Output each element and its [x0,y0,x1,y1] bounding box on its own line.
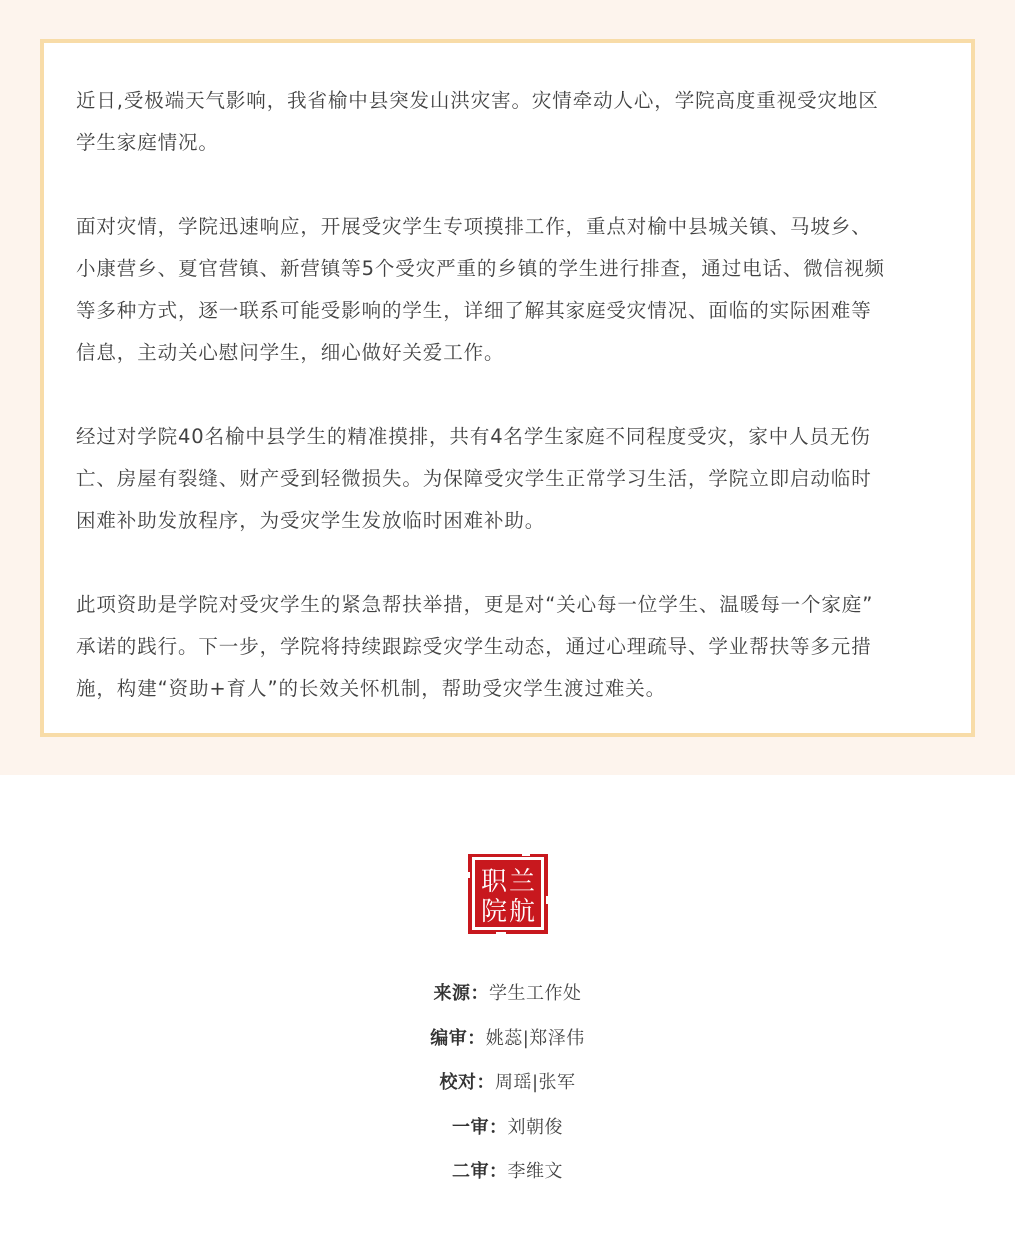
paragraph-line: 经过对学院40名榆中县学生的精准摸排，共有4名学生家庭不同程度受灾，家中人员无伤 [76,416,939,458]
credit-label: 来源： [434,983,490,1004]
paragraph-line: 等多种方式，逐一联系可能受影响的学生，详细了解其家庭受灾情况、面临的实际困难等 [76,290,939,332]
credit-value: 学生工作处 [489,983,582,1004]
paragraph-conclusion: 此项资助是学院对受灾学生的紧急帮扶举措，更是对“关心每一位学生、温暖每一个家庭”… [76,584,939,710]
credit-label: 编审： [430,1028,486,1049]
credit-value: 姚蕊|郑泽伟 [486,1028,585,1049]
paragraph-line: 学生家庭情况。 [76,122,939,164]
credits-block: 来源：学生工作处 编审：姚蕊|郑泽伟 校对：周瑶|张军 一审：刘朝俊 二审：李维… [0,983,1015,1206]
credit-value: 周瑶|张军 [495,1072,576,1093]
paragraph-line: 小康营乡、夏官营镇、新营镇等5个受灾严重的乡镇的学生进行排查，通过电话、微信视频 [76,248,939,290]
paragraph-line: 信息，主动关心慰问学生，细心做好关爱工作。 [76,332,939,374]
paragraph-line: 亡、房屋有裂缝、财产受到轻微损失。为保障受灾学生正常学习生活，学院立即启动临时 [76,458,939,500]
credit-editor: 编审：姚蕊|郑泽伟 [0,1028,1015,1073]
paragraph-response: 面对灾情，学院迅速响应，开展受灾学生专项摸排工作，重点对榆中县城关镇、马坡乡、 … [76,206,939,374]
paragraph-results: 经过对学院40名榆中县学生的精准摸排，共有4名学生家庭不同程度受灾，家中人员无伤… [76,416,939,542]
paragraph-intro: 近日,受极端天气影响，我省榆中县突发山洪灾害。灾情牵动人心，学院高度重视受灾地区… [76,80,939,164]
article-section-background: 近日,受极端天气影响，我省榆中县突发山洪灾害。灾情牵动人心，学院高度重视受灾地区… [0,0,1015,775]
credit-first-review: 一审：刘朝俊 [0,1117,1015,1162]
red-seal-stamp-icon: 兰 航 职 院 [466,852,550,936]
svg-text:兰: 兰 [509,867,535,897]
credit-second-review: 二审：李维文 [0,1161,1015,1206]
paragraph-line: 困难补助发放程序，为受灾学生发放临时困难补助。 [76,500,939,542]
credit-label: 校对： [439,1072,495,1093]
svg-text:航: 航 [509,897,535,927]
credit-proofreader: 校对：周瑶|张军 [0,1072,1015,1117]
credit-label: 二审： [452,1161,508,1182]
paragraph-line: 此项资助是学院对受灾学生的紧急帮扶举措，更是对“关心每一位学生、温暖每一个家庭” [76,584,939,626]
credit-value: 李维文 [508,1161,564,1182]
article-card: 近日,受极端天气影响，我省榆中县突发山洪灾害。灾情牵动人心，学院高度重视受灾地区… [40,39,975,737]
svg-text:职: 职 [481,867,508,897]
credit-label: 一审： [452,1117,508,1138]
paragraph-line: 承诺的践行。下一步，学院将持续跟踪受灾学生动态，通过心理疏导、学业帮扶等多元措 [76,626,939,668]
svg-text:院: 院 [481,897,507,927]
paragraph-line: 面对灾情，学院迅速响应，开展受灾学生专项摸排工作，重点对榆中县城关镇、马坡乡、 [76,206,939,248]
paragraph-line: 近日,受极端天气影响，我省榆中县突发山洪灾害。灾情牵动人心，学院高度重视受灾地区 [76,80,939,122]
credit-value: 刘朝俊 [508,1117,564,1138]
credit-source: 来源：学生工作处 [0,983,1015,1028]
paragraph-line: 施，构建“资助+育人”的长效关怀机制，帮助受灾学生渡过难关。 [76,668,939,710]
